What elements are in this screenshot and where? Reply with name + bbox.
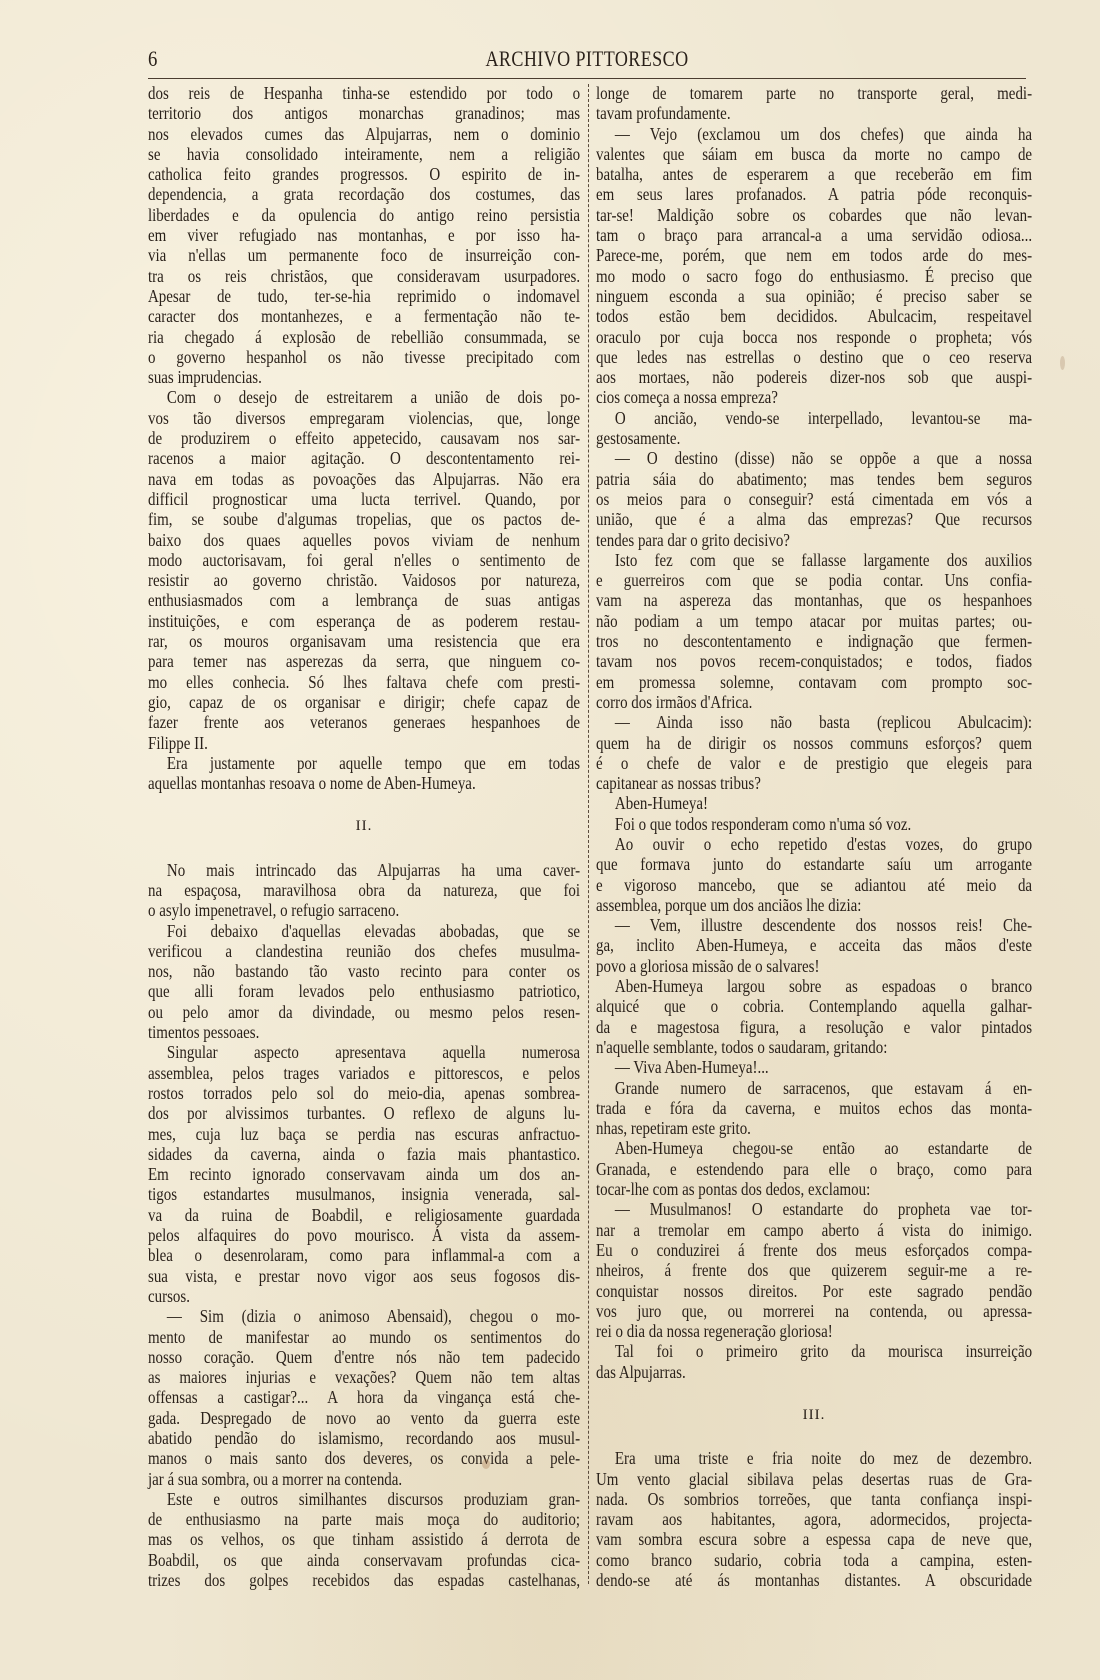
text-line: blea o desenrolaram, como para inflammal… <box>148 1245 580 1265</box>
text-line: — Musulmanos! O estandarte do propheta v… <box>596 1199 1032 1219</box>
text-line: tavam nos povos recem-conquistados; e to… <box>596 651 1032 671</box>
text-line: enthusiasmados com a lembrança de suas a… <box>148 590 580 610</box>
text-line: vos juro que, ou morrerei na contenda, o… <box>596 1301 1032 1321</box>
text-line: tar-se! Maldição sobre os cobardes que n… <box>596 205 1032 225</box>
text-line: Grande numero de sarracenos, que estavam… <box>596 1078 1032 1098</box>
text-line: Foi debaixo d'aquellas elevadas abobadas… <box>148 921 580 941</box>
text-line: aquellas montanhas resoava o nome de Abe… <box>148 773 580 793</box>
text-line: tocar-lhe com as pontas dos dedos, excla… <box>596 1179 1032 1199</box>
text-line: Apesar de tudo, ter-se-hia reprimido o i… <box>148 286 580 306</box>
text-line: manos o mais santo dos deveres, os convi… <box>148 1448 580 1468</box>
text-line: — Sim (dizia o animoso Abensaid), chegou… <box>148 1306 580 1326</box>
text-line: assemblea, porque um dos anciãos lhe diz… <box>596 895 1032 915</box>
text-line: — O destino (disse) não se oppõe a que a… <box>596 448 1032 468</box>
text-line: como branco sudario, cobria toda a campi… <box>596 1550 1032 1570</box>
text-line: abatido pendão do islamismo, recordando … <box>148 1428 580 1448</box>
text-line: dependencia, a grata recordação dos cost… <box>148 184 580 204</box>
section-heading: III. <box>596 1405 1032 1425</box>
text-line: — Vem, illustre descendente dos nossos r… <box>596 915 1032 935</box>
text-line: gada. Despregado de novo ao vento da gue… <box>148 1408 580 1428</box>
text-line: O ancião, vendo-se interpellado, levanto… <box>596 408 1032 428</box>
text-line: vam sombra escura sobre a espessa capa d… <box>596 1529 1032 1549</box>
text-line: catholica feito grandes progressos. O es… <box>148 164 580 184</box>
paper-stain <box>1060 356 1065 370</box>
text-line: nos, não bastando tão vasto recinto para… <box>148 961 580 981</box>
text-line: união, que é a alma das emprezas? Que re… <box>596 509 1032 529</box>
text-line: Era uma triste e fria noite do mez de de… <box>596 1448 1032 1468</box>
paragraph: Aben-Humeya largou sobre as espadoas o b… <box>596 976 1032 1057</box>
text-line: ninguem esconda a sua opinião; é preciso… <box>596 286 1032 306</box>
text-line: offensas a castigar?... A hora da vingan… <box>148 1387 580 1407</box>
text-line: Isto fez com que se fallasse largamente … <box>596 550 1032 570</box>
paragraph: — Ainda isso não basta (replicou Abulcac… <box>596 712 1032 793</box>
text-line: aos mortaes, não podereis dizer-nos sob … <box>596 367 1032 387</box>
text-line: timentos pessoaes. <box>148 1022 580 1042</box>
text-line: tendes para dar o grito decisivo? <box>596 530 1032 550</box>
text-line: e guerreiros com que se podia contar. Un… <box>596 570 1032 590</box>
page-number: 6 <box>148 46 157 72</box>
paragraph: Ao ouvir o echo repetido d'estas vozes, … <box>596 834 1032 915</box>
column-divider <box>588 84 589 1584</box>
paragraph: Este e outros similhantes discursos prod… <box>148 1489 580 1590</box>
text-line: Singular aspecto apresentava aquella num… <box>148 1042 580 1062</box>
paragraph: — Vem, illustre descendente dos nossos r… <box>596 915 1032 976</box>
right-column: longe de tomarem parte no transporte ger… <box>596 83 1032 1590</box>
text-line: Um vento glacial sibilava pelas desertas… <box>596 1469 1032 1489</box>
text-line: e vigoroso mancebo, que se adiantou até … <box>596 875 1032 895</box>
text-line: rar, os mouros organisavam uma resistenc… <box>148 631 580 651</box>
paragraph: — O destino (disse) não se oppõe a que a… <box>596 448 1032 549</box>
text-line: o asylo impenetravel, o refugio sarracen… <box>148 900 580 920</box>
text-line: trada e fóra da caverna, e muitos echos … <box>596 1098 1032 1118</box>
text-line: para temer nas asperezas da serra, que n… <box>148 651 580 671</box>
paragraph: Foi o que todos responderam como n'uma s… <box>596 814 1032 834</box>
section-heading: II. <box>148 816 580 836</box>
text-line: dos por alvissimos turbantes. O reflexo … <box>148 1103 580 1123</box>
text-line: que alli foram levados pelo enthusiasmo … <box>148 981 580 1001</box>
text-line: tam o braço para arrancal-a a uma servid… <box>596 225 1032 245</box>
text-line: nada. Os sombrios torreões, que tanta co… <box>596 1489 1032 1509</box>
text-line: mo elles conhecia. Só lhes faltava chefe… <box>148 672 580 692</box>
text-line: Filippe II. <box>148 733 580 753</box>
text-line: Era justamente por aquelle tempo que em … <box>148 753 580 773</box>
text-line: Boabdil, os que ainda conservavam profun… <box>148 1550 580 1570</box>
text-line: é o chefe de valor e de prestigio que el… <box>596 753 1032 773</box>
text-line: tigos estandartes musulmanos, insignia v… <box>148 1184 580 1204</box>
text-line: nar a tremolar em campo aberto á vista d… <box>596 1220 1032 1240</box>
text-line: da e magestosa figura, a resolução e val… <box>596 1017 1032 1037</box>
text-line: de enthusiasmo na parte mais moça do aud… <box>148 1509 580 1529</box>
text-line: baixo dos quaes aquelles povos viviam de… <box>148 530 580 550</box>
paragraph: Era uma triste e fria noite do mez de de… <box>596 1448 1032 1590</box>
text-line: modo auctorisavam, foi geral n'elles o s… <box>148 550 580 570</box>
text-line: pelos alfaquires do povo mourisco. Á vis… <box>148 1225 580 1245</box>
text-line: não podiam a um tempo atacar por muitas … <box>596 611 1032 631</box>
text-line: Este e outros similhantes discursos prod… <box>148 1489 580 1509</box>
text-line: Aben-Humeya! <box>596 793 1032 813</box>
text-line: fim, se soube d'algumas tropelias, que o… <box>148 509 580 529</box>
text-line: — Vejo (exclamou um dos chefes) que aind… <box>596 124 1032 144</box>
text-line: capitanear as nossas tribus? <box>596 773 1032 793</box>
text-line: nosso coração. Quem d'entre nós não tem … <box>148 1347 580 1367</box>
text-line: tros no descontentamento e indignação qu… <box>596 631 1032 651</box>
text-line: via n'ellas um permanente foco de insurr… <box>148 245 580 265</box>
text-line: valentes que sáiam em busca da morte no … <box>596 144 1032 164</box>
text-line: liberdades e da opulencia do antigo rein… <box>148 205 580 225</box>
text-line: mas os velhos, os que tinham assistido á… <box>148 1529 580 1549</box>
text-line: tra os reis christãos, que consideravam … <box>148 266 580 286</box>
text-line: mo modo o sacro fogo do enthusiasmo. É p… <box>596 266 1032 286</box>
text-line: Em recinto ignorado conservavam ainda um… <box>148 1164 580 1184</box>
text-line: Granada, e estendendo para elle o braço,… <box>596 1159 1032 1179</box>
text-line: cursos. <box>148 1286 580 1306</box>
text-line: n'aquelle semblante, todos o saudaram, g… <box>596 1037 1032 1057</box>
text-line: fazer frente aos veteranos generaes hesp… <box>148 712 580 732</box>
text-line: Aben-Humeya chegou-se então ao estandart… <box>596 1138 1032 1158</box>
text-line: em promessa solemne, contavam com prompt… <box>596 672 1032 692</box>
paragraph: Era justamente por aquelle tempo que em … <box>148 753 580 794</box>
text-line: ravam aos habitantes, agora, adormecidos… <box>596 1509 1032 1529</box>
text-line: instituições, e com esperança de as pode… <box>148 611 580 631</box>
text-line: Parece-me, porém, que nem em todos arde … <box>596 245 1032 265</box>
text-line: corro dos irmãos d'Africa. <box>596 692 1032 712</box>
text-line: vam na aspereza das montanhas, que os he… <box>596 590 1032 610</box>
left-column: dos reis de Hespanha tinha-se estendido … <box>148 83 580 1590</box>
text-line: conquistar nossos direitos. Por este sag… <box>596 1281 1032 1301</box>
text-line: dendo-se até ás montanhas distantes. A o… <box>596 1570 1032 1590</box>
text-line: tavam profundamente. <box>596 103 1032 123</box>
paragraph: — Vejo (exclamou um dos chefes) que aind… <box>596 124 1032 408</box>
text-line: nhas, repetiram este grito. <box>596 1118 1032 1138</box>
text-line: rostos torrados pelo sol do meio-dia, ap… <box>148 1083 580 1103</box>
text-line: cios começa a nossa empreza? <box>596 387 1032 407</box>
paragraph: Isto fez com que se fallasse largamente … <box>596 550 1032 712</box>
text-line: racenos a maior agitação. O descontentam… <box>148 448 580 468</box>
paragraph: — Sim (dizia o animoso Abensaid), chegou… <box>148 1306 580 1489</box>
paragraph: Aben-Humeya! <box>596 793 1032 813</box>
header-rule <box>148 78 1026 79</box>
text-line: va da ruina de Boabdil, e religiosamente… <box>148 1205 580 1225</box>
paragraph: dos reis de Hespanha tinha-se estendido … <box>148 83 580 387</box>
text-line: que ledes nas estrellas o destino que o … <box>596 347 1032 367</box>
text-line: vos tão diversos empregaram violencias, … <box>148 408 580 428</box>
text-line: todos estão bem decididos. Abulcacim, re… <box>596 306 1032 326</box>
paragraph: Aben-Humeya chegou-se então ao estandart… <box>596 1138 1032 1199</box>
text-line: jar á sua sombra, ou a morrer na contend… <box>148 1469 580 1489</box>
text-line: — Ainda isso não basta (replicou Abulcac… <box>596 712 1032 732</box>
text-line: mes, cuja luz baça se perdia nas escuras… <box>148 1124 580 1144</box>
text-line: Tal foi o primeiro grito da mourisca ins… <box>596 1341 1032 1361</box>
text-line: patria sáia do abatimento; mas tendes be… <box>596 469 1032 489</box>
text-line: na espaçosa, maravilhosa obra da naturez… <box>148 880 580 900</box>
text-line: Com o desejo de estreitarem a união de d… <box>148 387 580 407</box>
text-line: o governo hespanhol os não tivesse preci… <box>148 347 580 367</box>
text-line: as maiores injurias e vexações? Quem não… <box>148 1367 580 1387</box>
text-line: Eu o conduzirei á frente dos meus esforç… <box>596 1240 1032 1260</box>
newspaper-page: 6 ARCHIVO PITTORESCO dos reis de Hespanh… <box>0 0 1100 1680</box>
text-line: sidades da caverna, ainda o fazia mais p… <box>148 1144 580 1164</box>
paragraph: Singular aspecto apresentava aquella num… <box>148 1042 580 1306</box>
paragraph: Com o desejo de estreitarem a união de d… <box>148 387 580 752</box>
paragraph: Foi debaixo d'aquellas elevadas abobadas… <box>148 921 580 1043</box>
paragraph: Tal foi o primeiro grito da mourisca ins… <box>596 1341 1032 1382</box>
text-line: ria chegado á explosão de rebellião cons… <box>148 327 580 347</box>
text-line: alquicé que o cobria. Contemplando aquel… <box>596 996 1032 1016</box>
paragraph: longe de tomarem parte no transporte ger… <box>596 83 1032 124</box>
text-line: — Viva Aben-Humeya!... <box>596 1057 1032 1077</box>
text-line: nava em todas as povoações das Alpujarra… <box>148 469 580 489</box>
text-line: caracter dos montanhezes, e a fermentaçã… <box>148 306 580 326</box>
text-line: de produzirem o effeito appetecido, caus… <box>148 428 580 448</box>
text-line: Aben-Humeya largou sobre as espadoas o b… <box>596 976 1032 996</box>
text-line: dos reis de Hespanha tinha-se estendido … <box>148 83 580 103</box>
text-line: Foi o que todos responderam como n'uma s… <box>596 814 1032 834</box>
paper-stain <box>482 1459 490 1469</box>
text-line: em viver refugiado nas montanhas, e por … <box>148 225 580 245</box>
text-line: que formava junto do estandarte saíu um … <box>596 854 1032 874</box>
page-header: 6 ARCHIVO PITTORESCO <box>148 42 1026 82</box>
paragraph: Grande numero de sarracenos, que estavam… <box>596 1078 1032 1139</box>
text-line: gio, capaz de os organisar e dirigir; ch… <box>148 692 580 712</box>
text-line: os meios para o conseguir? está cimentad… <box>596 489 1032 509</box>
text-line: oraculo por cuja bocca nos responde o pr… <box>596 327 1032 347</box>
text-line: mento de manifestar ao mundo os sentimen… <box>148 1327 580 1347</box>
text-line: quem ha de dirigir os nossos communs esf… <box>596 733 1032 753</box>
paragraph: O ancião, vendo-se interpellado, levanto… <box>596 408 1032 449</box>
text-line: sua vista, e prestar novo vigor aos seus… <box>148 1266 580 1286</box>
text-line: territorio dos antigos monarchas granadi… <box>148 103 580 123</box>
paragraph: — Viva Aben-Humeya!... <box>596 1057 1032 1077</box>
text-line: gestosamente. <box>596 428 1032 448</box>
text-line: verificou a clandestina reunião dos chef… <box>148 941 580 961</box>
text-line: batalha, antes de esperarem a que recebe… <box>596 164 1032 184</box>
text-line: suas imprudencias. <box>148 367 580 387</box>
text-line: nos elevados cumes das Alpujarras, nem o… <box>148 124 580 144</box>
text-line: longe de tomarem parte no transporte ger… <box>596 83 1032 103</box>
text-line: trizes dos golpes recebidos das espadas … <box>148 1570 580 1590</box>
text-line: povo a gloriosa missão de o salvares! <box>596 956 1032 976</box>
text-line: No mais intrincado das Alpujarras ha uma… <box>148 860 580 880</box>
paragraph: No mais intrincado das Alpujarras ha uma… <box>148 860 580 921</box>
text-line: assemblea, pelos trages variados e pitto… <box>148 1063 580 1083</box>
text-line: resistir ao governo christão. Vaidosos p… <box>148 570 580 590</box>
text-line: se havia consolidado inteiramente, nem a… <box>148 144 580 164</box>
text-line: Ao ouvir o echo repetido d'estas vozes, … <box>596 834 1032 854</box>
paragraph: — Musulmanos! O estandarte do propheta v… <box>596 1199 1032 1341</box>
text-line: difficil prognosticar uma lucta terrivel… <box>148 489 580 509</box>
text-line: rei o dia da nossa regeneração gloriosa! <box>596 1321 1032 1341</box>
text-line: em seus lares profanados. A patria póde … <box>596 184 1032 204</box>
running-title: ARCHIVO PITTORESCO <box>227 46 947 72</box>
text-line: ou pelo amor da divindade, ou mesmo pelo… <box>148 1002 580 1022</box>
text-line: das Alpujarras. <box>596 1362 1032 1382</box>
text-line: ga, inclito Aben-Humeya, e acceita das m… <box>596 935 1032 955</box>
text-line: nheiros, á frente dos que quizerem segui… <box>596 1260 1032 1280</box>
